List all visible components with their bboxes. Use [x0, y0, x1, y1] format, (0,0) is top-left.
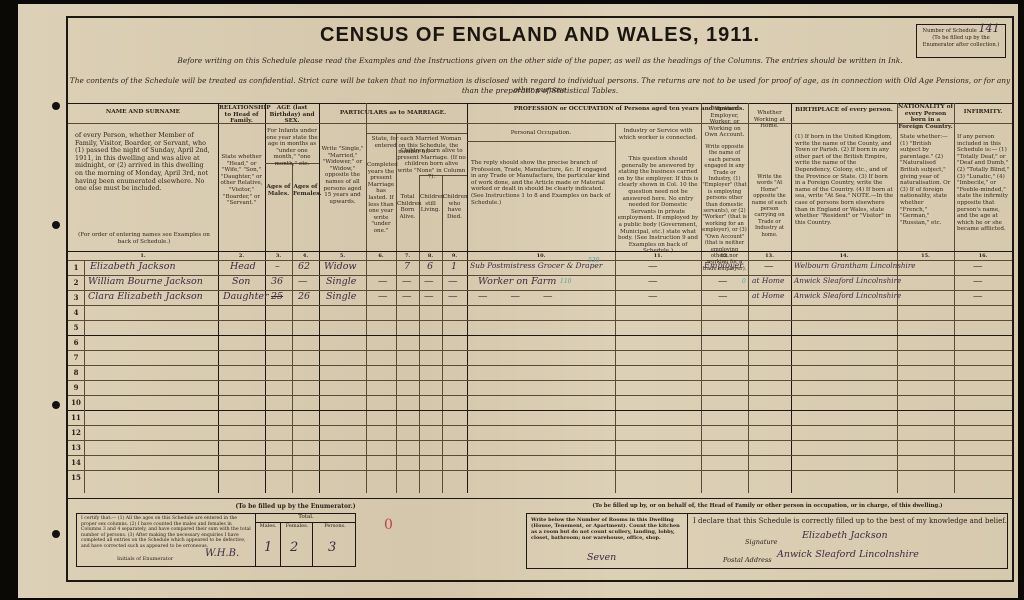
declaration: I declare that this Schedule is correctl…	[693, 517, 1007, 525]
rooms-instruction: Write below the Number of Rooms in this …	[531, 517, 681, 541]
punch-hole	[52, 102, 60, 110]
years-married: —	[378, 276, 388, 287]
relationship: Head	[230, 261, 256, 272]
table-row: 15	[68, 470, 1012, 485]
children-died: —	[448, 276, 458, 287]
initials-label: Initials of Enumerator	[117, 556, 173, 562]
age-male: –	[275, 261, 280, 272]
schedule-frame: CENSUS OF ENGLAND AND WALES, 1911. Befor…	[66, 16, 1014, 582]
infirmity: —	[973, 276, 983, 287]
table-row: 6	[68, 335, 1012, 350]
page-title: CENSUS OF ENGLAND AND WALES, 1911.	[68, 24, 1012, 47]
total-persons: 3	[328, 540, 336, 555]
header-children-body: Children born alive to present Marriage.…	[396, 147, 467, 182]
footer-section: (To be filled up by the Enumerator.) I c…	[68, 498, 1012, 583]
schedule-number-label: Number of Schedule	[923, 28, 977, 34]
header-personal-occupation-body: The reply should show the precise branch…	[470, 159, 613, 207]
col-num: 3.	[265, 253, 292, 259]
row-number: 1	[70, 263, 82, 272]
table-row: 4	[68, 305, 1012, 320]
col-num: 14.	[791, 253, 897, 259]
working-at-home: at Home	[752, 291, 784, 300]
col-num: 16.	[954, 253, 1012, 259]
col-num: 5.	[319, 253, 366, 259]
header-nationality: NATIONALITY of every Person born in a Fo…	[897, 103, 954, 131]
age-male: 36	[271, 276, 283, 287]
header-name-note: (For order of entering names see Example…	[74, 231, 214, 246]
children-living: —	[424, 276, 434, 287]
children-total: —	[402, 276, 412, 287]
table-row: 12	[68, 425, 1012, 440]
col-num: 4.	[292, 253, 319, 259]
header-marriage: PARTICULARS as to MARRIAGE.	[319, 109, 467, 118]
birthplace: Welbourn Grantham Lincolnshire	[794, 261, 916, 270]
enumerator-initials: W.H.B.	[205, 548, 239, 559]
header-birthplace: BIRTHPLACE of every person.	[791, 106, 897, 115]
total-label: Total.	[256, 514, 356, 523]
row-number: 4	[70, 308, 82, 317]
head-of-family-box: Write below the Number of Rooms in this …	[526, 513, 1008, 569]
enumerator-certification: I certify that:— (1) All the ages on thi…	[81, 516, 253, 550]
rooms-count: Seven	[587, 552, 616, 563]
row-number: 12	[70, 428, 82, 437]
header-age: AGE (last Birthday) and SEX.	[265, 104, 319, 126]
age-female: 62	[298, 261, 310, 272]
row-number: 5	[70, 323, 82, 332]
header-name-body: of every Person, whether Member of Famil…	[74, 131, 214, 194]
col-num: 8.	[419, 253, 442, 259]
occupation: Worker on Farm	[478, 276, 556, 287]
header-industry-body: This question should generally be answer…	[615, 155, 701, 256]
col-num: 15.	[897, 253, 954, 259]
row-number: 11	[70, 413, 82, 422]
industry: —	[648, 291, 658, 302]
infirmity: —	[973, 291, 983, 302]
employment-status: —	[718, 291, 728, 302]
marital-status: Single	[326, 291, 356, 302]
schedule-number: 141	[978, 22, 999, 35]
header-children-living: Children still Living.	[419, 193, 442, 215]
row-number: 9	[70, 383, 82, 392]
children-living: —	[424, 291, 434, 302]
row-number: 7	[70, 353, 82, 362]
schedule-number-note: (To be filled up by the Enumerator after…	[917, 35, 1005, 49]
person-name: William Bourne Jackson	[88, 276, 203, 287]
header-children-total: Total Children Born Alive.	[396, 193, 419, 221]
age-female: 26	[298, 291, 310, 302]
total-females: 2	[290, 540, 298, 555]
confidential-line-2: than the preparation of Statistical Tabl…	[68, 86, 1012, 95]
header-age-body: For Infants under one year state the age…	[265, 127, 319, 169]
row-number: 14	[70, 458, 82, 467]
employment-code: 0	[742, 278, 746, 285]
header-name: NAME AND SURNAME	[68, 108, 218, 117]
col-num: 13.	[748, 253, 791, 259]
header-home: Whether Working at Home.	[748, 109, 791, 131]
postal-address-label: Postal Address	[723, 556, 772, 564]
table-row: 9	[68, 380, 1012, 395]
schedule-number-box: Number of Schedule 141 (To be filled up …	[916, 24, 1006, 58]
row-number: 3	[70, 293, 82, 302]
children-total: —	[402, 291, 412, 302]
person-name: Clara Elizabeth Jackson	[88, 291, 203, 302]
industry: —	[648, 261, 658, 272]
header-birthplace-body: (1) If born in the United Kingdom, write…	[794, 133, 895, 227]
table-row: 10	[68, 395, 1012, 410]
col-num: 6.	[366, 253, 396, 259]
birthplace: Anwick Sleaford Lincolnshire	[794, 291, 901, 300]
table-row: 2 William Bourne Jackson Son 36 — Single…	[68, 275, 1012, 290]
census-schedule-page: CENSUS OF ENGLAND AND WALES, 1911. Befor…	[18, 4, 1018, 598]
table-row: 14	[68, 455, 1012, 470]
col-num: 2.	[218, 253, 265, 259]
col-num: 7.	[396, 253, 419, 259]
table-row: 3 Clara Elizabeth Jackson Daughter 25 26…	[68, 290, 1012, 305]
row-number: 15	[70, 473, 82, 482]
table-row: 1 Elizabeth Jackson Head – 62 Widow 7 6 …	[68, 260, 1012, 275]
header-relationship: RELATIONSHIP to Head of Family.	[218, 104, 265, 126]
col-num: 1.	[68, 253, 218, 259]
row-number: 13	[70, 443, 82, 452]
working-at-home: at Home	[752, 276, 784, 285]
header-relationship-body: State whether "Head," or "Wife," "Son," …	[218, 153, 265, 208]
signature: Elizabeth Jackson	[802, 530, 888, 541]
punch-hole	[52, 221, 60, 229]
occupation: Sub Postmistress Grocer & Draper	[470, 261, 602, 270]
working-at-home: —	[764, 261, 774, 272]
postal-address: Anwick Sleaford Lincolnshire	[777, 549, 919, 560]
row-number: 8	[70, 368, 82, 377]
age-female: —	[298, 276, 308, 287]
header-years-married: Completed years the present Marriage has…	[366, 161, 396, 236]
col-num: 11.	[615, 253, 701, 259]
row-number: 6	[70, 338, 82, 347]
row-number: 10	[70, 398, 82, 407]
occupation-code: 110	[560, 278, 571, 285]
employment-status: Employer	[704, 261, 743, 270]
person-name: Elizabeth Jackson	[90, 261, 176, 272]
signature-label: Signature	[745, 538, 778, 546]
table-row: 11	[68, 410, 1012, 425]
header-home-body: Write the words "At Home" opposite the n…	[748, 173, 791, 239]
employment-status: —	[718, 276, 728, 287]
col-num: 9.	[442, 253, 467, 259]
header-industry: Industry or Service with which worker is…	[615, 127, 701, 142]
marital-status: Single	[326, 276, 356, 287]
enumerator-heading: (To be filled up by the Enumerator.)	[68, 503, 523, 510]
industry: —	[648, 276, 658, 287]
infirmity: —	[973, 261, 983, 272]
males-label: Males.	[256, 523, 280, 529]
header-infirmity-body: If any person included in this Schedule …	[956, 133, 1011, 234]
children-living: 6	[427, 261, 433, 272]
header-age-males: Ages of Males.	[265, 183, 292, 198]
instruction-line: Before writing on this Schedule please r…	[68, 56, 1012, 65]
header-personal-occupation: Personal Occupation.	[467, 129, 615, 138]
header-nationality-body: State whether:— (1) "British subject by …	[899, 133, 953, 227]
header-infirmity: INFIRMITY.	[954, 108, 1012, 117]
col-num: 12.	[701, 253, 748, 259]
header-employer: Whether Employer, Worker, or Working on …	[701, 105, 748, 140]
age-male-struck: 25	[271, 291, 283, 302]
children-died: —	[448, 291, 458, 302]
table-row: 8	[68, 365, 1012, 380]
children-total: 7	[404, 261, 410, 272]
punch-hole	[52, 401, 60, 409]
birthplace: Anwick Sleaford Lincolnshire	[794, 276, 901, 285]
years-married: —	[378, 291, 388, 302]
red-annotation: 0	[384, 517, 393, 533]
punch-hole	[52, 530, 60, 538]
table-row: 5	[68, 320, 1012, 335]
relationship: Daughter	[223, 291, 269, 302]
total-males: 1	[264, 540, 272, 555]
relationship: Son	[232, 276, 250, 287]
header-marital-status-body: Write "Single," "Married," "Widower," or…	[319, 145, 366, 206]
occupation-code: 530	[588, 257, 599, 264]
children-died: 1	[451, 261, 457, 272]
table-row: 13	[68, 440, 1012, 455]
table-row: 7	[68, 350, 1012, 365]
head-of-family-heading: (To be filled up by, or on behalf of, th…	[523, 503, 1012, 509]
header-age-females: Ages of Females.	[292, 183, 319, 198]
enumerator-box: I certify that:— (1) All the ages on thi…	[76, 513, 356, 567]
occupation: — — —	[478, 291, 563, 302]
row-number: 2	[70, 278, 82, 287]
header-children-died: Children who have Died.	[442, 193, 467, 221]
marital-status: Widow	[324, 261, 357, 272]
